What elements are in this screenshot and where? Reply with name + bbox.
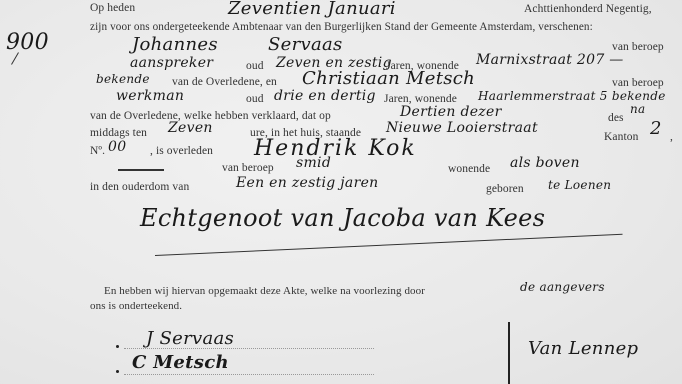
blank-dash xyxy=(118,169,164,171)
printed-number-label: Nº. xyxy=(90,145,105,157)
deceased-age: Een en zestig jaren xyxy=(236,175,378,191)
signature-bullet-1 xyxy=(116,345,119,348)
printed-middags-ten: middags ten xyxy=(90,127,147,139)
witness2-age: drie en dertig xyxy=(274,88,376,104)
death-certificate-page: 900 Op heden Zeventien Januari Achttienh… xyxy=(0,0,682,384)
birthplace: te Loenen xyxy=(548,178,611,192)
printed-in-den-ouderdom-van: in den ouderdom van xyxy=(90,181,189,193)
printed-op-heden: Op heden xyxy=(90,2,135,14)
deceased-name: Hendrik Kok xyxy=(254,136,417,161)
printed-van-beroep-2: van beroep xyxy=(612,77,664,89)
printed-closing-line-1: En hebben wij hiervan opgemaakt deze Akt… xyxy=(104,285,425,297)
printed-closing-line-2: ons is onderteekend. xyxy=(90,300,182,312)
witness1-address: Marnixstraat 207 — xyxy=(476,52,624,68)
printed-oud-2: oud xyxy=(246,93,264,105)
witness2-occupation: werkman xyxy=(116,88,184,104)
printed-wonende: wonende xyxy=(448,163,490,175)
read-by: de aangevers xyxy=(520,280,605,294)
signature-official: Van Lennep xyxy=(528,338,638,359)
signature-witness-2: C Metsch xyxy=(132,352,229,373)
printed-van-beroep-3: van beroep xyxy=(222,162,274,174)
witness1-first-name: Johannes xyxy=(132,34,218,55)
printed-des: des xyxy=(608,112,624,124)
kanton-number: 2 xyxy=(650,118,662,139)
signature-line-2 xyxy=(124,374,374,375)
house-street: Nieuwe Looierstraat xyxy=(386,120,538,136)
printed-kanton-comma: , xyxy=(670,131,673,143)
death-time-suffix: na xyxy=(630,102,645,116)
printed-is-overleden: , is overleden xyxy=(150,145,213,157)
printed-year: Achttienhonderd Negentig, xyxy=(524,3,652,15)
closing-stroke xyxy=(155,234,623,256)
signature-line-1 xyxy=(124,348,374,349)
handwritten-date: Zeventien Januari xyxy=(228,0,396,19)
witness1-relation: bekende xyxy=(96,72,150,86)
signature-witness-1: J Servaas xyxy=(146,328,234,349)
witness2-address: Haarlemmerstraat 5 bekende xyxy=(478,89,666,103)
death-hour: Zeven xyxy=(168,120,213,136)
printed-geboren: geboren xyxy=(486,183,524,195)
deceased-occupation: smid xyxy=(296,155,331,171)
signature-bullet-2 xyxy=(116,370,119,373)
witness1-occupation: aanspreker xyxy=(130,55,213,71)
printed-kanton: Kanton xyxy=(604,131,638,143)
witness2-name: Christiaan Metsch xyxy=(302,68,475,89)
witness1-last-name: Servaas xyxy=(268,34,343,55)
signature-bracket xyxy=(508,322,510,384)
printed-van-de-overledene-en: van de Overledene, en xyxy=(172,76,277,88)
printed-oud-1: oud xyxy=(246,60,264,72)
deceased-residence: als boven xyxy=(510,155,580,171)
house-number: 00 xyxy=(108,139,126,155)
margin-record-number: 900 xyxy=(6,30,49,55)
death-day: Dertien dezer xyxy=(400,104,502,120)
spouse-line: Echtgenoot van Jacoba van Kees xyxy=(140,204,545,232)
printed-intro-line: zijn voor ons ondergeteekende Ambtenaar … xyxy=(90,21,593,33)
